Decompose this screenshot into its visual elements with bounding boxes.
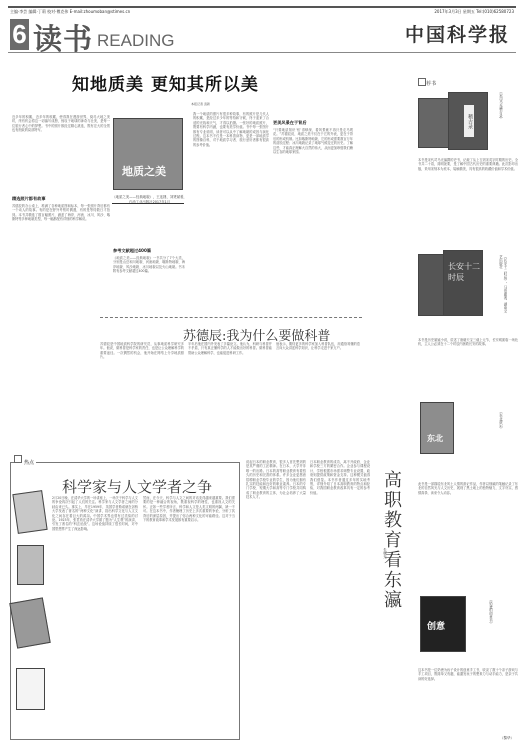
- tag-square-icon: [14, 455, 22, 463]
- top-rule: [8, 6, 516, 8]
- book-cover-jigulu-2: 稽古录: [448, 92, 488, 150]
- book-caption-4: 《奶爸的创意书》: [488, 598, 493, 648]
- lead-body-col2: 《地质之美——经典地貌》一书共分了7个大类，分别是山岳和川地貌、河流地貌、喀斯特…: [113, 256, 185, 314]
- section-divider: [100, 317, 362, 318]
- lead-body-col1b: 苏德辰的办公桌上，堆满了各种地质图和标本，每一张照片背后都有一个动人的故事。有的…: [12, 204, 110, 324]
- caption-rule: [112, 203, 184, 204]
- book-cover-title: 东北: [427, 433, 443, 444]
- column-body-col1: 说起日本的职业教育，很多人首先想到的是其严谨的工匠精神。在日本，大学并非唯一的出…: [246, 460, 306, 740]
- book-caption-2: 《长安十二时辰》，马伯庸著，湖南文艺出版社: [498, 255, 507, 315]
- book-desc-2: 本书是历史悬疑小说，讲述了唐朝天宝三载上元节，长安城面临一场危机，主人公必须在十…: [418, 338, 518, 378]
- column-signature: （黎华）: [500, 736, 514, 741]
- book-cover-title: 地质之美: [122, 163, 166, 179]
- book-desc-3: 此书是一部描绘东北风土人情的游记作品，作者以细腻的笔触记录了东北的自然风光与人文…: [418, 482, 518, 574]
- newspaper-logo: 中国科学报: [405, 20, 510, 47]
- lead-body-col4: “只要地质知识‘钻’得够深，看风景就不再只是走马观花。”苏德辰说，地质之美不仅在…: [273, 128, 353, 313]
- book-cover-title: 长安十二时辰: [448, 261, 482, 283]
- book-cover-changan-2: 长安十二时辰: [443, 250, 483, 316]
- book-cover-dizhizhimei: 地质之美: [113, 118, 183, 190]
- column-body-col2: 日本职业教育的成功，离不开政府、企业和学校三方的紧密合作。企业参与课程设计，学校…: [310, 460, 370, 740]
- book-cover-chuangyi: 创意: [420, 596, 466, 652]
- page-number: 6: [10, 19, 29, 50]
- lead-body-col1: 近多年的积累，近多年的收藏，使得我在漫游世界，阅尽大地之美时，终有机会将这一切编…: [12, 115, 110, 175]
- lead-body-col3: 我一个地质的照片有很多种故事，有的照片是几代人的积累，是经过多少年的等待和守候，…: [193, 112, 269, 312]
- masthead-rule: [8, 52, 516, 53]
- book-cover-title: 创意: [427, 619, 445, 632]
- hot-topic-tag: 热点: [22, 459, 36, 466]
- book-cover-1: [12, 490, 47, 534]
- section-title-en: READING: [97, 31, 174, 51]
- tag-square-icon: [418, 78, 426, 86]
- interview-col1: 苏德辰是中国地质科学院的研究员，从事地质科学研究多年。他说，做科普是科学家的责任…: [100, 342, 184, 437]
- hot-topic-col2: 然而，在今天，科学与人文之间的对话变得越来越重要。我们需要的是一种融合的视角，既…: [143, 496, 235, 734]
- editor-credits: 主编·李芸 编辑·丁莉 校对·傅克伟 E-mail:zhoumoban@stim…: [10, 9, 130, 15]
- lead-byline: 本报记者 袁新: [191, 102, 210, 106]
- hot-topic-headline: 科学家与人文学者之争: [62, 476, 212, 497]
- interview-col3: 他表示，期待更多的科学家加入科普队伍，用通俗易懂的语言向大众讲述科学知识，让科学…: [276, 342, 360, 437]
- hot-topic-col1: 2月20日晚，在清华大学的一场讲座上，一场关于科学与人文的争论再次引起了人们的关…: [52, 496, 138, 734]
- lead-subhead-1: 精选照片都有故事: [12, 196, 46, 202]
- interview-col2: 半年后他在国内外发表了多篇论文。他认为，科研与科普并不矛盾，只有真正懂科学的人才…: [188, 342, 272, 437]
- date-line: 2017年3月3日 星期五 Tel:(010)62580723: [434, 9, 514, 15]
- book-cover-4: [16, 668, 45, 710]
- book-cover-2: [17, 545, 44, 585]
- lead-headline: 知地质美 更知其所以美: [72, 70, 259, 95]
- column-headline: 高职教育看东瀛: [378, 470, 404, 610]
- lead-subhead-3: 更美风景在于背后: [273, 120, 307, 126]
- lead-subhead-2: 参考文献超过400篇: [113, 248, 151, 254]
- book-cover-dongbei: 东北: [420, 402, 454, 454]
- book-desc-1: 本书是宋代司马光编撰的史书，记载了从上古到宋英宗时期的历史。全书共二十卷，简明扼…: [418, 158, 518, 230]
- book-desc-4: 这本书是一位奶爸为孩子设计的创意手工书，收录了数十个亲子游戏与手工项目，既简单又…: [418, 668, 518, 738]
- book-caption-1: 《宋司马光稽古录》: [498, 90, 503, 150]
- column-byline: 朱曙光: [382, 548, 387, 558]
- featured-tag: 荐书: [426, 80, 436, 87]
- book-caption-3: 《东北游记》: [498, 410, 503, 460]
- book-spine-title: 稽古录: [464, 105, 474, 137]
